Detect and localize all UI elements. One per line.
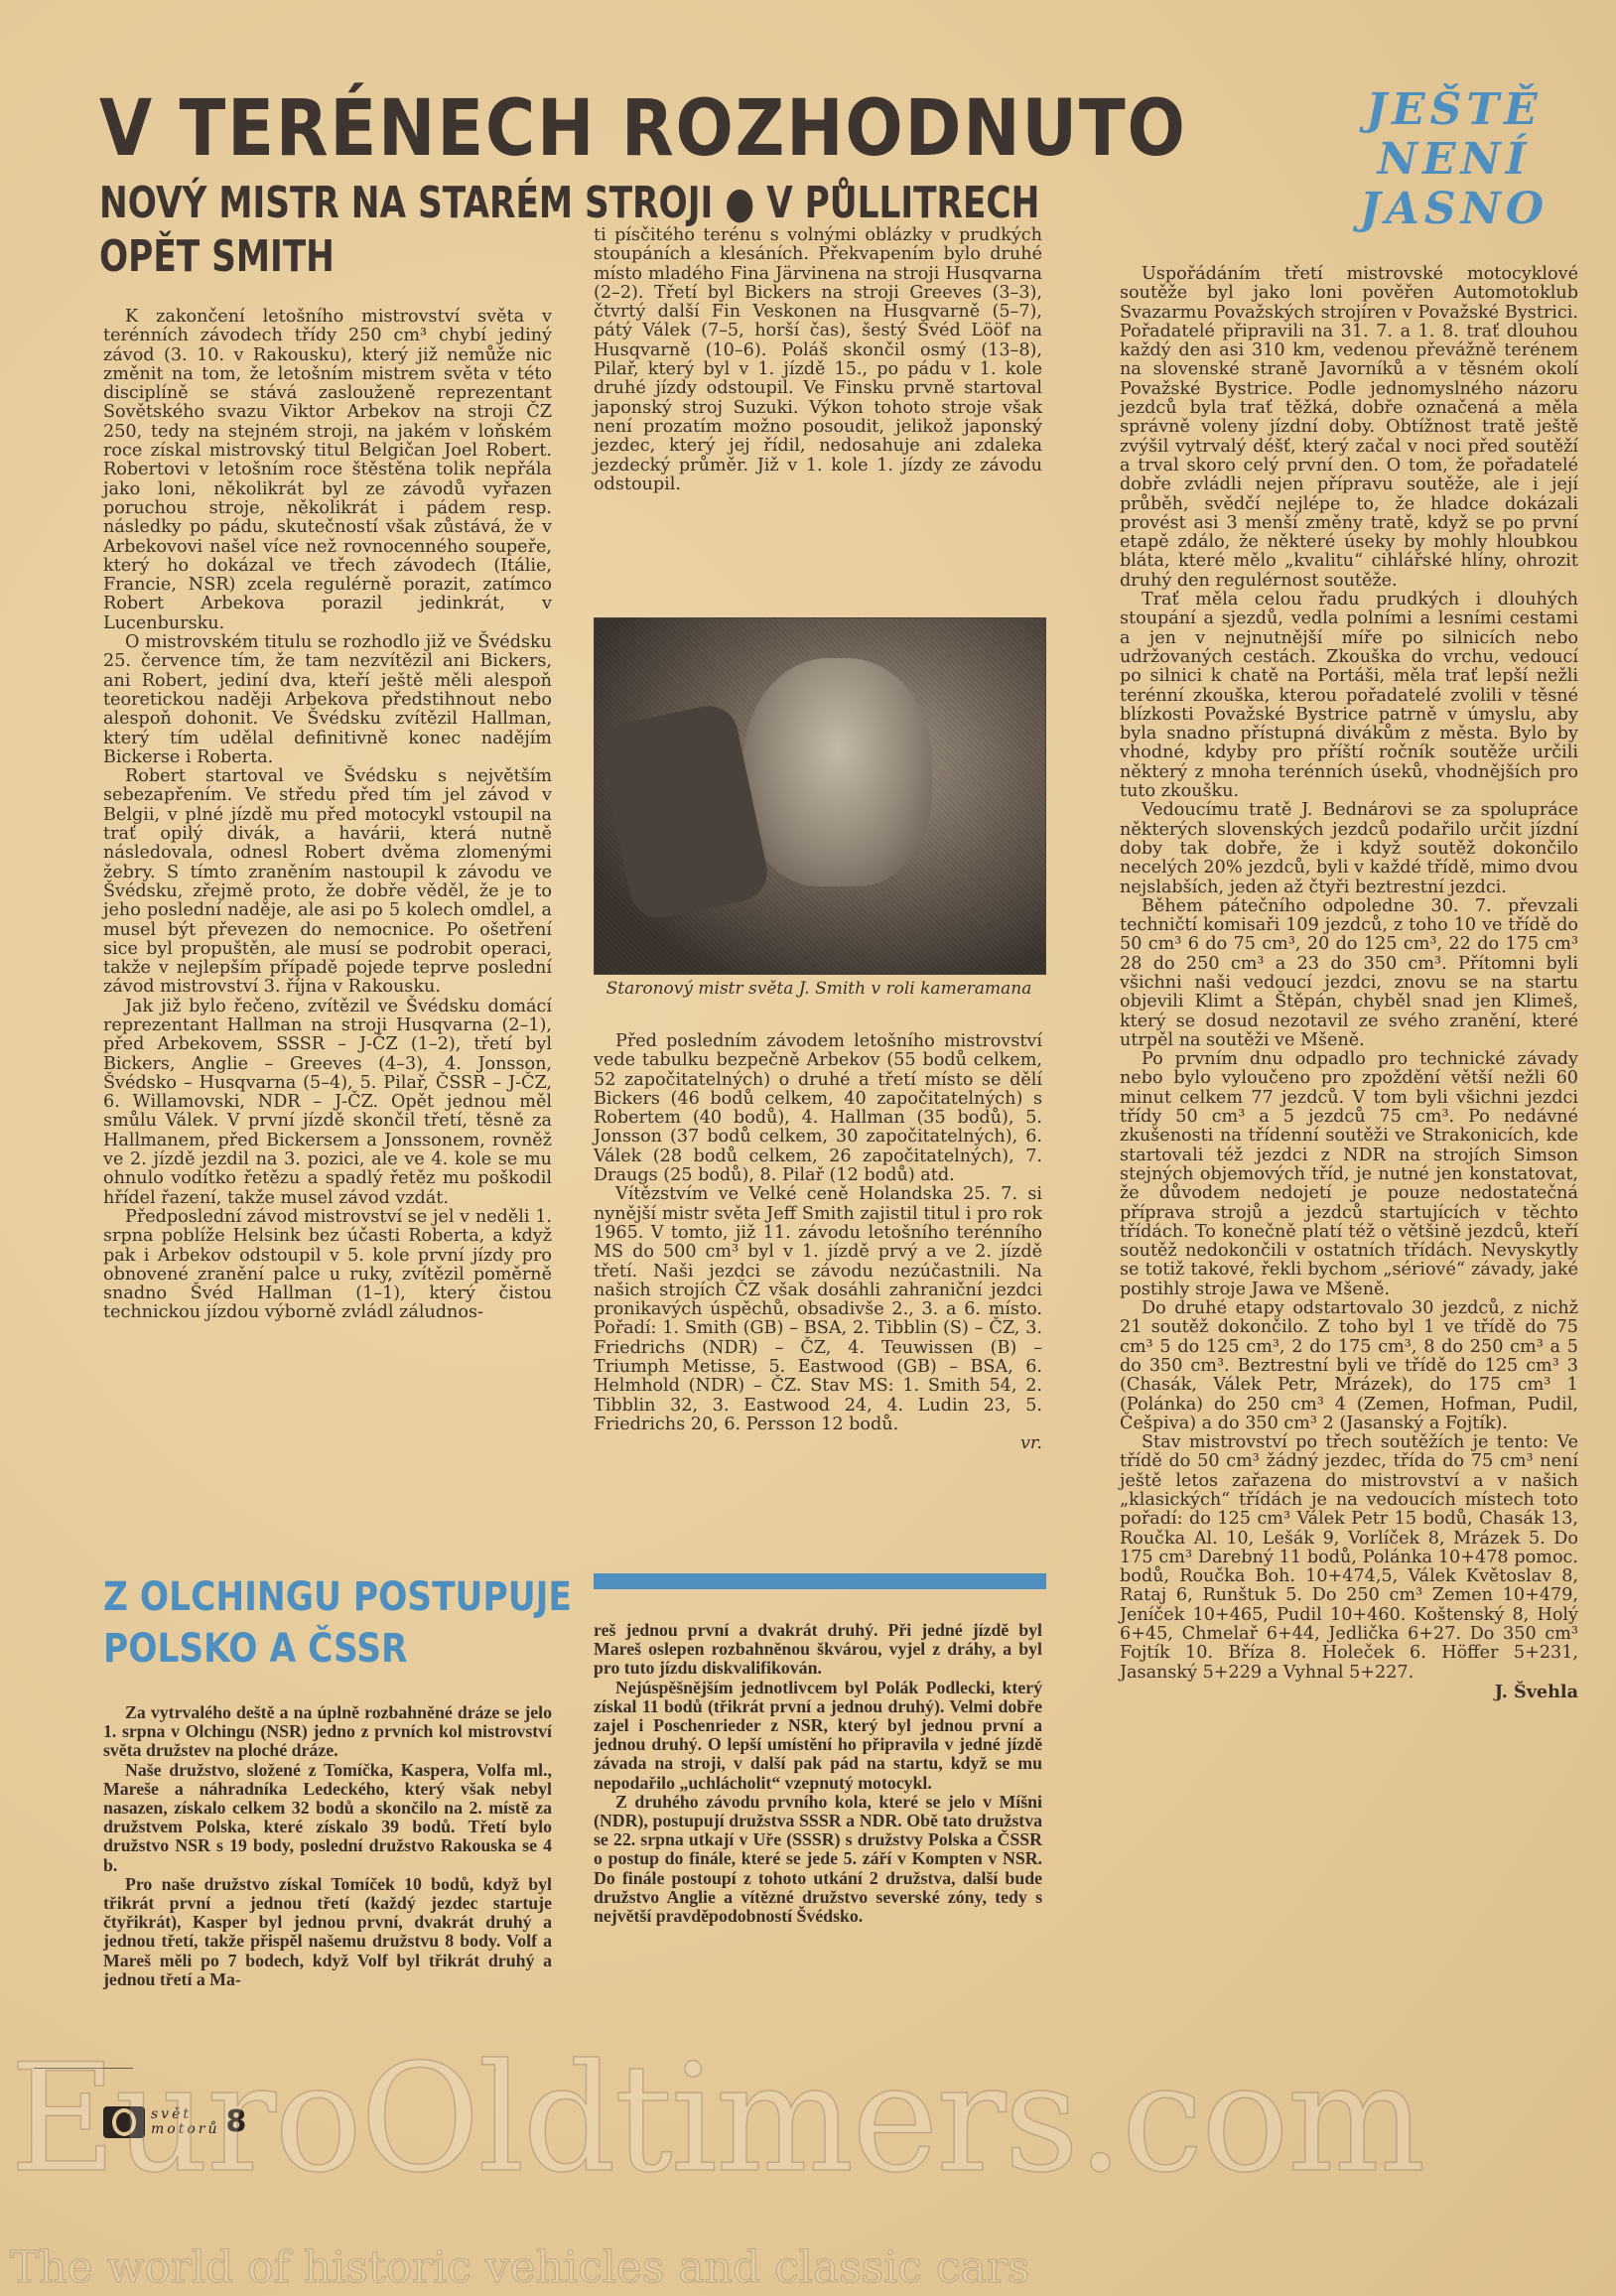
side-article-title: JEŠTĚ NENÍ JASNO [1320,85,1588,234]
paragraph: Po prvním dnu odpadlo pro technické záva… [1120,1050,1578,1299]
photo-face [743,658,932,886]
photo-caption: Staronový mistr světa J. Smith v roli ka… [594,979,1044,999]
section-divider-bar [594,1573,1046,1589]
paragraph: ti písčitého terénu s volnými oblázky v … [594,226,1042,494]
side-title-line-2: NENÍ [1320,135,1588,185]
side-title-line-1: JEŠTĚ [1320,85,1588,135]
watermark: EuroOldtimers.com [10,2035,1423,2204]
paragraph: Robert startoval ve Švédsku s největším … [103,767,552,998]
paragraph: Vedoucímu tratě J. Bednárovi se za spolu… [1120,801,1578,896]
paragraph: Naše družstvo, složené z Tomíčka, Kasper… [103,1761,552,1875]
paragraph: reš jednou první a dvakrát druhý. Při je… [594,1621,1042,1679]
author-signature: vr. [594,1434,1042,1453]
main-article-column-2: ti písčitého terénu s volnými oblázky v … [594,226,1042,494]
paragraph: Jak již bylo řečeno, zvítězil ve Švédsku… [103,998,552,1208]
side-title-line-3: JASNO [1320,185,1588,234]
paragraph: Uspořádáním třetí mistrovské motocyklové… [1120,265,1578,591]
olching-column-2: reš jednou první a dvakrát druhý. Při je… [594,1621,1042,1926]
main-headline: V TERÉNECH ROZHODNUTO [99,87,955,171]
main-article-column-1: K zakončení letošního mistrovství světa … [103,308,552,1323]
watermark-tagline: The world of historic vehicles and class… [10,2243,1029,2293]
paragraph: Před posledním závodem letošního mistrov… [594,1032,1042,1185]
paragraph: Do druhé etapy odstartovalo 30 jezdců, z… [1120,1299,1578,1433]
paragraph: Vítězstvím ve Velké ceně Holandska 25. 7… [594,1185,1042,1434]
subheadline-line-1: NOVÝ MISTR NA STARÉM STROJI ● V PŮLLITRE… [99,177,1039,230]
paragraph: Pro naše družstvo získal Tomíček 10 bodů… [103,1875,552,1989]
paragraph: Trať měla celou řadu prudkých i dlouhých… [1120,591,1578,801]
olching-headline: Z OLCHINGU POSTUPUJE POLSKO A ČSSR [103,1571,572,1675]
side-article-column: Uspořádáním třetí mistrovské motocyklové… [1120,265,1578,1701]
main-article-column-2-after-photo: Před posledním závodem letošního mistrov… [594,1032,1042,1454]
paragraph: Nejúspěšnějším jednotlivcem byl Polák Po… [594,1679,1042,1793]
side-author-signature: J. Švehla [1120,1683,1578,1701]
paragraph: Předposlední závod mistrovství se jel v … [103,1208,552,1323]
paragraph: Během pátečního odpoledne 30. 7. převzal… [1120,897,1578,1050]
paragraph: K zakončení letošního mistrovství světa … [103,308,552,633]
paragraph: Za vytrvalého deště a na úplně rozbahněn… [103,1703,552,1761]
paragraph: Stav mistrovství po třech soutěžích je t… [1120,1433,1578,1683]
paragraph: O mistrovském titulu se rozhodlo již ve … [103,633,552,767]
olching-title-line-1: Z OLCHINGU POSTUPUJE [103,1571,572,1623]
photo-jeff-smith [594,617,1046,975]
olching-title-line-2: POLSKO A ČSSR [103,1623,572,1675]
paragraph: Z druhého závodu prvního kola, které se … [594,1793,1042,1926]
olching-column-1: Za vytrvalého deště a na úplně rozbahněn… [103,1703,552,1989]
